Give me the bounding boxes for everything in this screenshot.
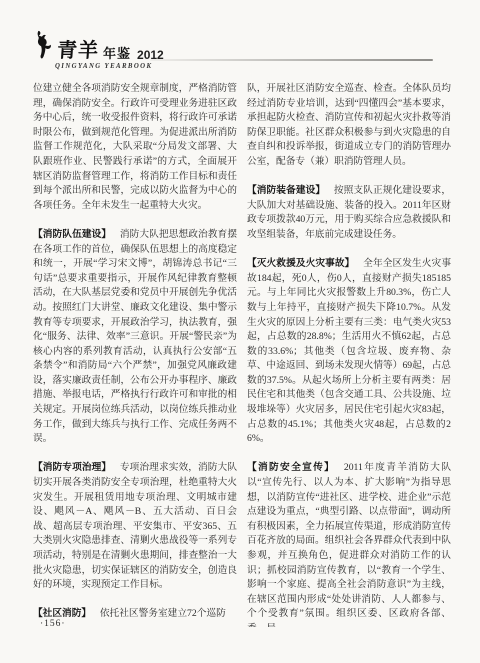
goat-mascot-icon bbox=[34, 30, 53, 61]
section-heading: 【灭火救援及火灾事故】 bbox=[247, 258, 354, 269]
section-fire-brigade-building: 【消防队伍建设】消防大队把思想政治教育摆在各项工作的首位，确保队伍思想上的高度稳… bbox=[33, 228, 237, 447]
section-equipment-building: 【消防装备建设】按照支队正规化建设要求，大队加大对基础设施、装备的投入。2011… bbox=[247, 184, 451, 242]
section-text: 依托社区警务室建立72个巡防 bbox=[100, 608, 226, 619]
yearbook-title-cn: 青羊 bbox=[56, 41, 99, 61]
yearbook-subtitle-en: QINGYANG YEARBOOK bbox=[55, 63, 452, 70]
yearbook-title-suffix: 年鉴 bbox=[103, 47, 131, 61]
section-heading: 【消防装备建设】 bbox=[247, 185, 325, 196]
page-header: 青羊 年鉴 2012 QINGYANG YEARBOOK bbox=[34, 30, 452, 72]
right-column: 队，开展社区消防安全巡查、检查。全体队员均经过消防专业培训，达到“四懂四会”基本… bbox=[247, 82, 451, 627]
page-number: ·156· bbox=[40, 619, 66, 629]
section-text: 2011年度青羊消防大队以“宣传先行、以人为本、扩大影响”为指导思想，以消防宣传… bbox=[247, 462, 451, 627]
section-text: 全年全区发生火灾事故184起，死0人，伤0人，直接财产损失185185元。与上年… bbox=[247, 258, 451, 444]
section-heading: 【社区消防】 bbox=[33, 608, 91, 619]
section-text: 消防大队把思想政治教育摆在各项工作的首位，确保队伍思想上的高度稳定和统一，开展“… bbox=[33, 229, 237, 444]
section-heading: 【消防队伍建设】 bbox=[33, 229, 111, 240]
section-heading: 【消防专项治理】 bbox=[33, 462, 111, 473]
header-divider-rule bbox=[150, 59, 433, 61]
continuation-paragraph: 队，开展社区消防安全巡查、检查。全体队员均经过消防专业培训，达到“四懂四会”基本… bbox=[247, 82, 451, 170]
left-column: 位建立健全各项消防安全规章制度，严格消防管理，确保消防安全。行政许可受理业务进驻… bbox=[33, 82, 237, 627]
section-text: 专项治理求实效，消防大队切实开展各类消防安全专项治理，杜绝重特大火灾发生。开展租… bbox=[33, 462, 237, 590]
yearbook-logo: 青羊 年鉴 2012 bbox=[34, 30, 452, 61]
section-heading: 【消防安全宣传】 bbox=[247, 462, 335, 473]
section-special-governance: 【消防专项治理】专项治理求实效，消防大队切实开展各类消防安全专项治理，杜绝重特大… bbox=[33, 461, 237, 592]
section-safety-publicity: 【消防安全宣传】2011年度青羊消防大队以“宣传先行、以人为本、扩大影响”为指导… bbox=[247, 461, 451, 627]
section-rescue-and-fires: 【灭火救援及火灾事故】全年全区发生火灾事故184起，死0人，伤0人，直接财产损失… bbox=[247, 257, 451, 447]
yearbook-page: 青羊 年鉴 2012 QINGYANG YEARBOOK 位建立健全各项消防安全… bbox=[0, 0, 480, 663]
text-columns: 位建立健全各项消防安全规章制度，严格消防管理，确保消防安全。行政许可受理业务进驻… bbox=[33, 82, 451, 627]
continuation-paragraph: 位建立健全各项消防安全规章制度，严格消防管理，确保消防安全。行政许可受理业务进驻… bbox=[33, 82, 237, 213]
